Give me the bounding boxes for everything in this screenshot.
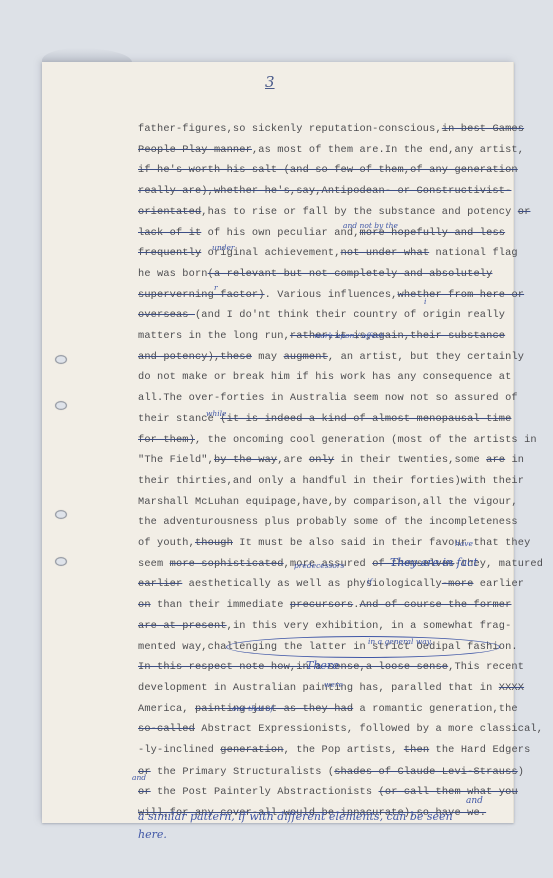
struck-text: only [309, 454, 334, 466]
typed-line: America, painting-just as they had a rom… [138, 703, 518, 715]
typed-line: "The Field",by the way,are only in their… [138, 454, 524, 466]
text-run: he was born [138, 268, 208, 280]
struck-text: augment [284, 351, 328, 363]
struck-text: are [486, 454, 505, 466]
page-number: 3 [265, 73, 275, 91]
struck-text: shades of Claude Levi-Strauss [334, 766, 518, 778]
text-run: development in Australian painting has, … [138, 682, 499, 694]
typed-line: their thirties,and only a handful in the… [138, 475, 524, 487]
punch-hole [55, 355, 67, 364]
struck-text: more sophisticated [170, 558, 284, 570]
text-run: in [505, 454, 524, 466]
typed-line: are at present,in this very exhibition, … [138, 620, 511, 632]
typed-line: lack of it of his own peculiar and,more … [138, 227, 505, 239]
text-run: in their twenties,some [334, 454, 486, 466]
typed-line: and potency),these may augment, an artis… [138, 351, 524, 363]
text-run: ,are [277, 454, 309, 466]
typed-line: earlier aesthetically as well as physiol… [138, 578, 524, 590]
struck-text: or [518, 206, 531, 218]
text-run: , the oncoming cool generation (most of … [195, 434, 537, 446]
text-run: than their immediate [151, 599, 290, 611]
typed-line: People Play manner,as most of them are.I… [138, 144, 524, 156]
text-run: , an artist, but they certainly [328, 351, 524, 363]
struck-text: painting-just as they had [195, 703, 353, 715]
handwritten-note: were [324, 681, 343, 689]
handwritten-note: work upon / affect [314, 332, 383, 340]
struck-text: earlier [138, 578, 182, 590]
typed-line: the adventurousness plus probably some o… [138, 516, 518, 528]
punch-hole [55, 401, 67, 410]
struck-text: or [138, 786, 151, 798]
struck-text: lack of it [138, 227, 201, 239]
handwritten-note: while [206, 410, 227, 418]
typed-line: or the Primary Structuralists (shades of… [138, 766, 524, 778]
struck-text: are at present [138, 620, 227, 632]
text-run: national flag [429, 247, 518, 259]
text-run: -ly-inclined [138, 744, 220, 756]
typed-line: do not make or break him if his work has… [138, 371, 511, 383]
struck-text: overseas [138, 309, 195, 321]
text-run: all.The over-forties in Australia seem n… [138, 392, 518, 404]
text-run: , the Pop artists, [284, 744, 404, 756]
text-run: do not make or break him if his work has… [138, 371, 511, 383]
struck-text: frequently [138, 247, 201, 259]
struck-text: orientated [138, 206, 201, 218]
typed-line: Marshall McLuhan equipage,have,by compar… [138, 496, 518, 508]
typed-line: all.The over-forties in Australia seem n… [138, 392, 518, 404]
struck-text: -more [442, 578, 474, 590]
typed-line: orientated,has to rise or fall by the su… [138, 206, 530, 218]
struck-text: generation [220, 744, 283, 756]
text-run: the Post Painterly Abstractionists [151, 786, 379, 798]
struck-text: on [138, 599, 151, 611]
text-run: may [252, 351, 284, 363]
struck-text: though [195, 537, 233, 549]
text-run: ) [518, 766, 524, 778]
struck-text: (or call them what you [379, 786, 518, 798]
text-run: earlier [473, 578, 524, 590]
struck-text: so-called [138, 723, 195, 735]
typed-line: for them), the oncoming cool generation … [138, 434, 537, 446]
text-run: Marshall McLuhan equipage,have,by compar… [138, 496, 518, 508]
text-run: ,has to rise or fall by the substance an… [201, 206, 517, 218]
typed-line: if he's worth his salt (and so few of th… [138, 164, 518, 176]
handwritten-note: a similar pattern, if with different ele… [138, 810, 453, 823]
handwritten-note: They are in fact [390, 556, 478, 569]
handwritten-note: predecessors [294, 562, 344, 570]
struck-text: whether from here or [398, 289, 525, 301]
struck-text: not under what [341, 247, 430, 259]
struck-text: then [404, 744, 429, 756]
typed-line: their stance (it is indeed a kind of alm… [138, 413, 511, 425]
handwritten-note: and not by the [343, 222, 398, 230]
typed-line: -ly-inclined generation, the Pop artists… [138, 744, 530, 756]
struck-text: and potency),these [138, 351, 252, 363]
handwritten-note: i [424, 298, 426, 306]
text-run: the adventurousness plus probably some o… [138, 516, 518, 528]
handwritten-note: here. [138, 828, 167, 841]
text-run: of his own peculiar and, [201, 227, 359, 239]
struck-text: (it is indeed a kind of almost menopausa… [220, 413, 511, 425]
handwritten-circle [226, 636, 500, 658]
handwritten-note: r [214, 284, 218, 292]
handwritten-note: and [466, 795, 483, 808]
struck-text: in best Games [442, 123, 524, 135]
struck-text: really are),whether he's,say,Antipodean-… [138, 185, 511, 197]
typed-line: on than their immediate precursors.And o… [138, 599, 511, 611]
text-run: . Various influences, [265, 289, 398, 301]
text-run: a romantic generation,the [353, 703, 518, 715]
handwritten-note: if [367, 578, 372, 586]
text-run: their thirties,and only a handful in the… [138, 475, 524, 487]
struck-text: People Play manner [138, 144, 252, 156]
text-run: "The Field", [138, 454, 214, 466]
typed-line: overseas (and I do'nt think their countr… [138, 309, 505, 321]
struck-text: (and so few of them,of any generation [284, 164, 518, 176]
text-run: America, [138, 703, 195, 715]
struck-text: if he's worth his salt [138, 164, 284, 176]
text-run: It must be also said in their favour tha… [233, 537, 530, 549]
struck-text: by the way [214, 454, 277, 466]
struck-text: And of course the former [360, 599, 512, 611]
text-run: seem [138, 558, 170, 570]
handwritten-note: There [306, 659, 339, 672]
text-run: the Primary Structuralists ( [151, 766, 335, 778]
struck-text: XXXX [499, 682, 524, 694]
text-run: ,in this very exhibition, in a somewhat … [227, 620, 512, 632]
text-run: matters in the long run, [138, 330, 290, 342]
struck-text: for them) [138, 434, 195, 446]
typed-line: he was born(a relevant but not completel… [138, 268, 492, 280]
handwritten-note: have [455, 540, 473, 548]
typed-line: so-called Abstract Expressionists, follo… [138, 723, 543, 735]
struck-text: (a relevant but not completely and absol… [208, 268, 493, 280]
text-run: ,as most of them are.In the end,any arti… [252, 144, 524, 156]
typed-line: father-figures,so sickenly reputation-co… [138, 123, 524, 135]
text-run: aesthetically as well as physiologically [182, 578, 442, 590]
manuscript-page: 3 father-figures,so sickenly reputation-… [42, 62, 514, 823]
typed-line: really are),whether he's,say,Antipodean-… [138, 185, 511, 197]
typed-line: or the Post Painterly Abstractionists (o… [138, 786, 518, 798]
handwritten-note: and [132, 774, 146, 782]
struck-text: In this respect note how,in a sense,a lo… [138, 661, 448, 673]
text-run: ,This recent [448, 661, 524, 673]
text-run: of youth, [138, 537, 195, 549]
handwritten-note: one that of [232, 705, 273, 713]
struck-text: superverning factor) [138, 289, 265, 301]
struck-text: precursors [290, 599, 353, 611]
typed-line: frequently original achievement,not unde… [138, 247, 518, 259]
text-run: the Hard Edgers [429, 744, 530, 756]
punch-hole [55, 510, 67, 519]
text-run: Abstract Expressionists, followed by a m… [195, 723, 543, 735]
text-run: (and I do'nt think their country of orig… [195, 309, 505, 321]
punch-hole [55, 557, 67, 566]
handwritten-note: under [212, 244, 235, 252]
typed-line: superverning factor). Various influences… [138, 289, 524, 301]
text-run: father-figures,so sickenly reputation-co… [138, 123, 442, 135]
